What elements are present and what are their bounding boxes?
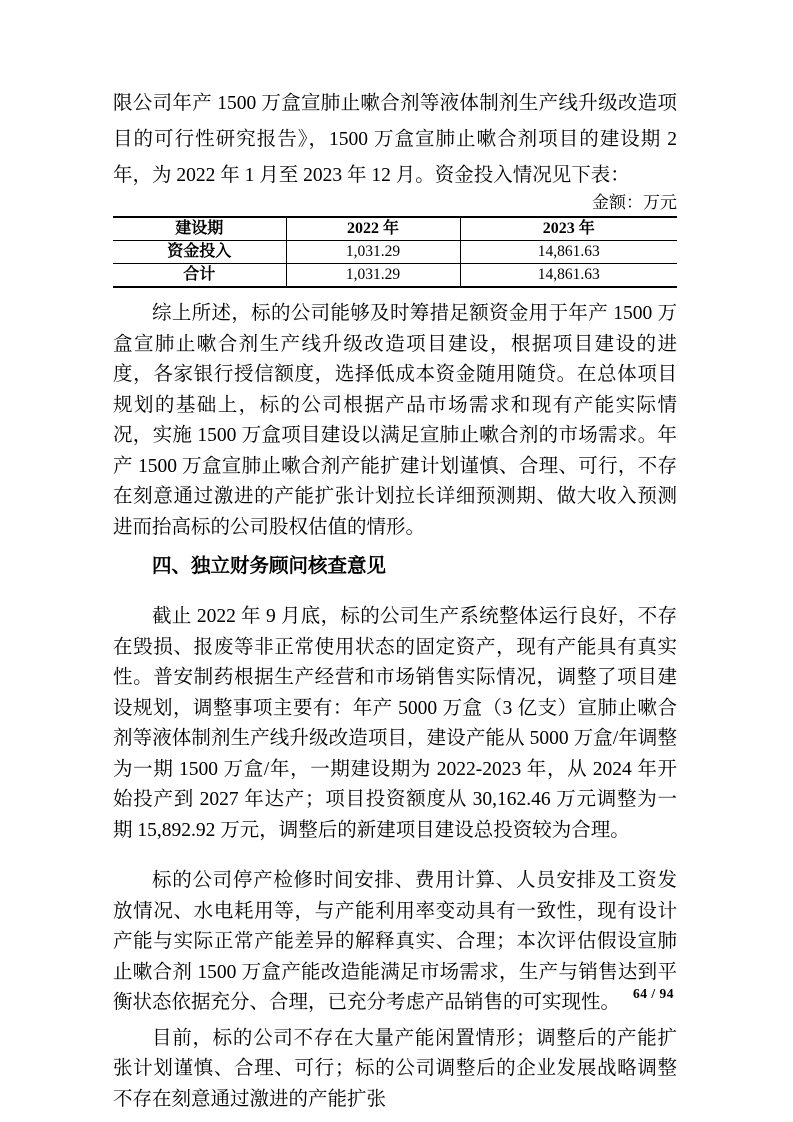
section-heading-advisor-opinion: 四、独立财务顾问核查意见 — [113, 552, 677, 582]
table-cell-row-label: 资金投入 — [113, 241, 286, 264]
investment-table: 建设期 2022 年 2023 年 资金投入 1,031.29 14,861.6… — [113, 216, 677, 288]
table-row: 资金投入 1,031.29 14,861.63 — [113, 241, 677, 264]
table-header-construction-period: 建设期 — [113, 217, 286, 241]
table-cell-value: 14,861.63 — [460, 264, 677, 288]
table-header-row: 建设期 2022 年 2023 年 — [113, 217, 677, 241]
table-cell-value: 1,031.29 — [286, 241, 460, 264]
page-number: 64 / 94 — [633, 986, 674, 1002]
amount-unit-label: 金额：万元 — [113, 191, 677, 214]
table-header-2023: 2023 年 — [460, 217, 677, 241]
document-page: 限公司年产 1500 万盒宣肺止嗽合剂等液体制剂生产线升级改造项目的可行性研究报… — [0, 0, 793, 1122]
paragraph-opinion-3: 目前，标的公司不存在大量产能闲置情形；调整后的产能扩张计划谨慎、合理、可行；标的… — [113, 1024, 677, 1116]
paragraph-opinion-2: 标的公司停产检修时间安排、费用计算、人员安排及工资发放情况、水电耗用等，与产能利… — [113, 866, 677, 1019]
table-cell-value: 14,861.63 — [460, 241, 677, 264]
table-header-2022: 2022 年 — [286, 217, 460, 241]
paragraph-summary: 综上所述，标的公司能够及时筹措足额资金用于年产 1500 万盒宣肺止嗽合剂生产线… — [113, 299, 677, 543]
paragraph-continuation: 限公司年产 1500 万盒宣肺止嗽合剂等液体制剂生产线升级改造项目的可行性研究报… — [113, 86, 677, 194]
table-cell-value: 1,031.29 — [286, 264, 460, 288]
paragraph-opinion-1: 截止 2022 年 9 月底，标的公司生产系统整体运行良好，不存在毁损、报废等非… — [113, 602, 677, 846]
table-cell-row-label: 合计 — [113, 264, 286, 288]
table-row: 合计 1,031.29 14,861.63 — [113, 264, 677, 288]
